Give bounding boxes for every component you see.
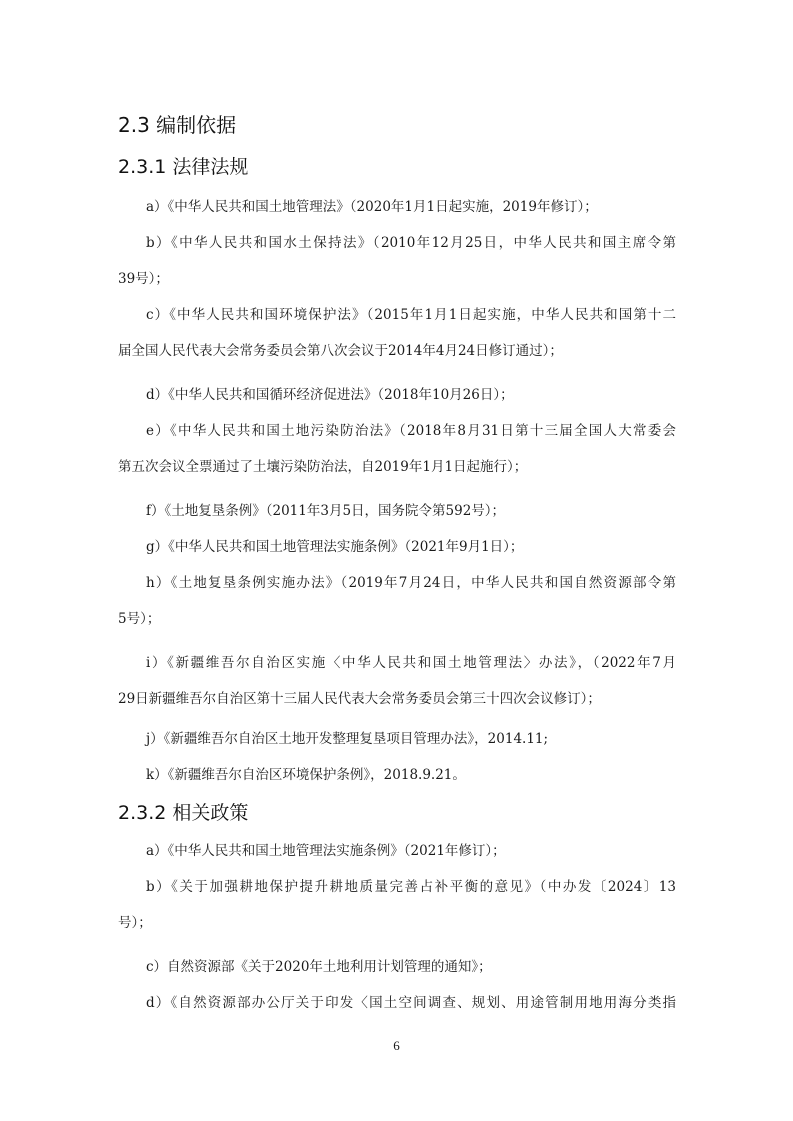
law-item-h-line1: h）《土地复垦条例实施办法》（2019年7月24日，中华人民共和国自然资源部令第 — [146, 574, 676, 592]
policy-item-b-line1: b）《关于加强耕地保护提升耕地质量完善占补平衡的意见》（中办发〔2024〕13 — [146, 878, 676, 896]
policy-item-a: a）《中华人民共和国土地管理法实施条例》（2021年修订）； — [146, 842, 506, 860]
law-item-f: f）《土地复垦条例》（2011年3月5日，国务院令第592号）； — [146, 502, 505, 520]
law-item-c-line2: 届全国人民代表大会常务委员会第八次会议于2014年4月24日修订通过）； — [118, 342, 563, 360]
policy-item-b-line2: 号）； — [118, 914, 152, 932]
law-item-a: a）《中华人民共和国土地管理法》（2020年1月1日起实施，2019年修订）； — [146, 198, 598, 216]
page-number: 6 — [0, 1038, 793, 1054]
law-item-k: k）《新疆维吾尔自治区环境保护条例》，2018.9.21。 — [146, 766, 466, 784]
policy-item-d-line1: d）《自然资源部办公厅关于印发〈国土空间调查、规划、用途管制用地用海分类指 — [146, 994, 676, 1012]
law-item-g: g）《中华人民共和国土地管理法实施条例》（2021年9月1日）； — [146, 538, 523, 556]
subsection-heading-laws: 2.3.1 法律法规 — [118, 155, 248, 179]
law-item-j: j）《新疆维吾尔自治区土地开发整理复垦项目管理办法》，2014.11; — [146, 730, 548, 748]
law-item-e-line1: e）《中华人民共和国土地污染防治法》（2018年8月31日第十三届全国人大常委会 — [146, 422, 676, 440]
law-item-i-line2: 29日新疆维吾尔自治区第十三届人民代表大会常务委员会第三十四次会议修订）； — [118, 690, 601, 708]
law-item-h-line2: 5号）； — [118, 610, 160, 628]
section-heading: 2.3 编制依据 — [118, 112, 236, 138]
law-item-c-line1: c）《中华人民共和国环境保护法》（2015年1月1日起实施，中华人民共和国第十二 — [146, 306, 676, 324]
policy-item-c: c）自然资源部《关于2020年土地利用计划管理的通知》； — [146, 958, 492, 976]
law-item-i-line1: i）《新疆维吾尔自治区实施〈中华人民共和国土地管理法〉办法》，（2022年7月 — [146, 654, 676, 672]
law-item-d: d）《中华人民共和国循环经济促进法》（2018年10月26日）； — [146, 386, 514, 404]
subsection-heading-policies: 2.3.2 相关政策 — [118, 801, 248, 825]
law-item-b-line1: b）《中华人民共和国水土保持法》（2010年12月25日，中华人民共和国主席令第 — [146, 234, 676, 252]
law-item-e-line2: 第五次会议全票通过了土壤污染防治法，自2019年1月1日起施行）； — [118, 458, 527, 476]
law-item-b-line2: 39号）； — [118, 270, 169, 288]
